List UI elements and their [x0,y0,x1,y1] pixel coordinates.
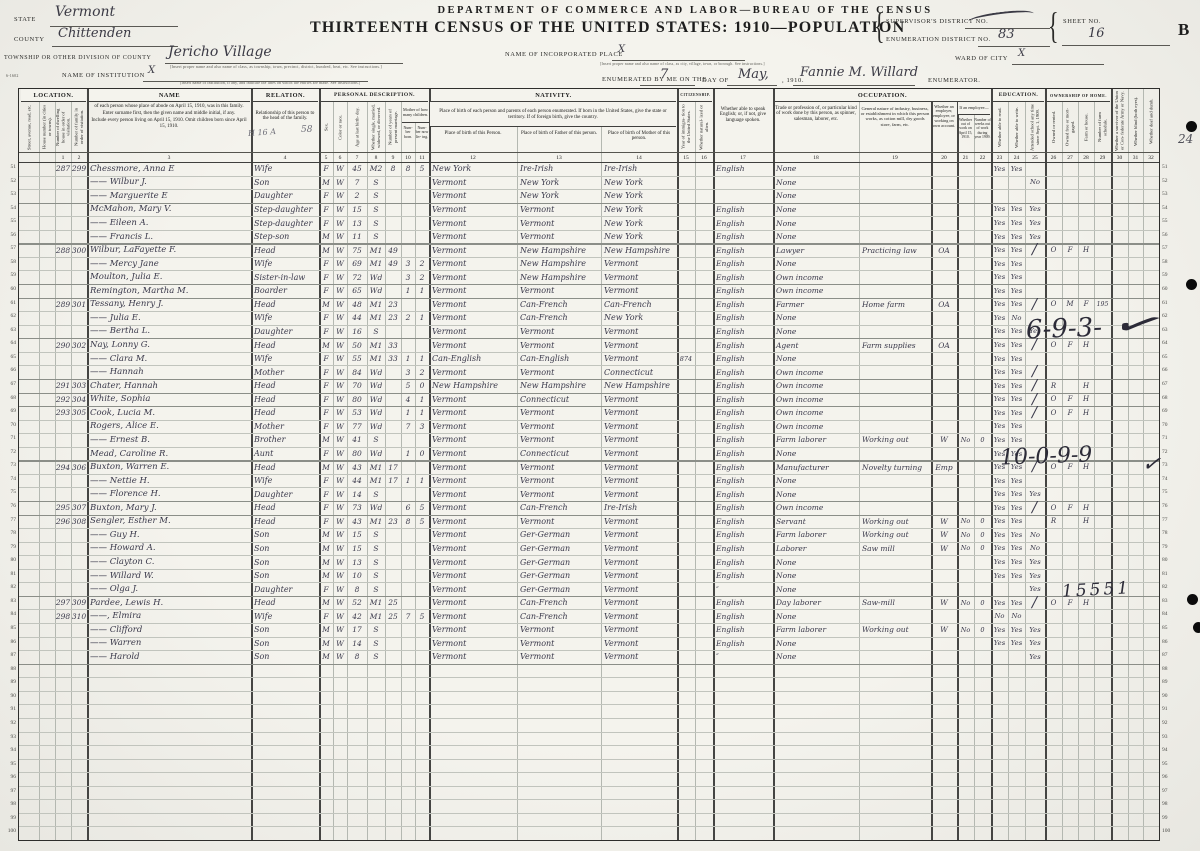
fbp-cell: Vermont [517,637,601,651]
living-cell: 0 [415,447,429,461]
read-cell: Yes [991,542,1008,556]
check-mark: / [1029,498,1041,516]
sched-cell: 195 [1094,298,1111,312]
race-cell: W [333,487,347,501]
born-cell: 4 [401,393,415,407]
mar-cell: S [367,325,385,339]
mbp-cell: Vermont [601,460,677,474]
eng-cell: English [713,528,773,542]
column-label: Sex. [319,103,333,151]
column-number: 31 [1128,153,1143,162]
mar-cell: M1 [367,311,385,325]
dw-cell: 294 [55,460,71,474]
column-label: Number of years of present marriage. [385,103,401,151]
born-cell: 1 [401,406,415,420]
column-number: 21 [957,153,974,162]
emp-cell: W [931,528,957,542]
read-cell: Yes [991,365,1008,379]
living-cell: 2 [415,365,429,379]
fbp-cell: New Hampshire [517,379,601,393]
trade-cell: Farm laborer [773,433,859,447]
race-cell: W [333,325,347,339]
own-cell: O [1045,243,1062,257]
grid-line [957,89,959,840]
line-number-right: 96 [1162,774,1176,780]
emp-cell: W [931,596,957,610]
age-cell: 17 [347,623,367,637]
race-cell: W [333,365,347,379]
eng-cell: English [713,393,773,407]
fbp-cell: New Hampshire [517,243,601,257]
bp-cell: Can-English [429,352,517,366]
column-number: 10 [401,153,415,162]
read-cell: No [991,609,1008,623]
bp-cell: Vermont [429,230,517,244]
column-description: Num- ber born. [401,124,415,152]
line-number-left: 83 [2,598,16,604]
read-cell: Yes [991,284,1008,298]
fbp-cell: New York [517,176,601,190]
name-cell: —— Howard A. [87,542,251,556]
bp-cell: Vermont [429,420,517,434]
mar-cell: S [367,216,385,230]
line-number-left: 54 [2,205,16,211]
mbp-cell: New York [601,176,677,190]
age-cell: 11 [347,230,367,244]
race-cell: W [333,460,347,474]
trade-cell: Own income [773,406,859,420]
trade-cell: Own income [773,393,859,407]
name-cell: —— Clifford [87,623,251,637]
line-number-left: 63 [2,327,16,333]
fbp-cell: Vermont [517,338,601,352]
age-cell: 65 [347,284,367,298]
race-cell: W [333,569,347,583]
school-cell: No [1025,528,1045,542]
line-number-right: 93 [1162,734,1176,740]
name-cell: Rogers, Alice E. [87,420,251,434]
mbp-cell: New York [601,189,677,203]
born-cell: 6 [401,501,415,515]
state-value: Vermont [55,4,115,20]
weeks-cell: 0 [974,515,991,529]
race-cell: W [333,474,347,488]
own-cell: O [1045,406,1062,420]
rel-cell: Head [251,243,319,257]
read-cell: Yes [991,596,1008,610]
name-cell: —— Harold [87,650,251,664]
emp-cell: OA [931,298,957,312]
yrs-cell: 33 [385,338,401,352]
bp-cell: Vermont [429,650,517,664]
line-number-left: 88 [2,666,16,672]
pencil-annotation: 58 [301,125,312,135]
born-cell: 7 [401,609,415,623]
read-cell: Yes [991,555,1008,569]
eng-cell: English [713,311,773,325]
bp-cell: Vermont [429,270,517,284]
pencil-annotation: 10-0-9-9 [1000,442,1093,470]
line-number-left: 89 [2,679,16,685]
age-cell: 77 [347,420,367,434]
trade-cell: Lawyer [773,243,859,257]
write-cell: Yes [1008,379,1025,393]
fbp-cell: Vermont [517,474,601,488]
mbp-cell: Vermont [601,270,677,284]
line-number-left: 87 [2,652,16,658]
line-number-left: 86 [2,639,16,645]
name-cell: Pardee, Lewis H. [87,596,251,610]
mar-cell: M1 [367,596,385,610]
column-label: House number (in cities or towns). [39,103,55,151]
mbp-cell: New York [601,216,677,230]
line-number-right: 67 [1162,381,1176,387]
fbp-cell: Ger-German [517,542,601,556]
township-note: [Insert proper name and also name of cla… [170,64,382,69]
rel-cell: Daughter [251,487,319,501]
read-cell: Yes [991,528,1008,542]
column-group-header: CITIZENSHIP. [679,89,712,102]
weeks-cell: 0 [974,542,991,556]
read-cell: Yes [991,203,1008,217]
mar-cell: M1 [367,257,385,271]
age-cell: 45 [347,162,367,176]
sex-cell: M [319,637,333,651]
eng-cell: English [713,515,773,529]
eng-cell: English [713,501,773,515]
eng-cell: English [713,569,773,583]
line-number-left: 69 [2,408,16,414]
sex-cell: M [319,542,333,556]
ward-of-city-mark: X [1018,48,1025,59]
column-label: Number of dwelling house in order of vis… [55,103,71,151]
trade-cell: None [773,230,859,244]
born-cell: 8 [401,162,415,176]
line-number-left: 75 [2,489,16,495]
line-number-left: 71 [2,435,16,441]
mar-cell: S [367,582,385,596]
column-group-header: OCCUPATION. [775,89,990,102]
mar-cell: S [367,528,385,542]
age-cell: 44 [347,311,367,325]
pencil-annotation: 24 [1178,132,1193,146]
school-cell: Yes [1025,637,1045,651]
yrs-cell: 23 [385,311,401,325]
yrs-cell: 17 [385,460,401,474]
eng-cell: English [713,365,773,379]
write-cell: Yes [1008,569,1025,583]
line-number-left: 74 [2,476,16,482]
ind-cell: Working out [859,433,931,447]
rel-cell: Son [251,542,319,556]
mbp-cell: Vermont [601,637,677,651]
own-cell: R [1045,379,1062,393]
line-number-left: 66 [2,367,16,373]
trade-cell: Day laborer [773,596,859,610]
line-number-left: 67 [2,381,16,387]
line-number-right: 75 [1162,489,1176,495]
mbp-cell: New York [601,203,677,217]
column-label: Color or race. [333,103,347,151]
mar-cell: Wd [367,406,385,420]
line-number-right: 97 [1162,788,1176,794]
column-description: Mother of how many children. [402,102,429,123]
sex-cell: F [319,203,333,217]
name-cell: —— Clayton C. [87,555,251,569]
read-cell: Yes [991,501,1008,515]
outwork-cell: No [957,623,974,637]
column-number: 22 [974,153,991,162]
write-cell: Yes [1008,338,1025,352]
race-cell: W [333,406,347,420]
grid-line [19,813,1159,814]
race-cell: W [333,420,347,434]
weeks-cell: 0 [974,596,991,610]
sex-cell: F [319,311,333,325]
age-cell: 80 [347,393,367,407]
day-of-label: day of [702,77,729,84]
outwork-cell: No [957,596,974,610]
grid-line [19,799,1159,800]
column-number: 27 [1062,153,1078,162]
name-cell: —— Hannah [87,365,251,379]
sex-cell: F [319,270,333,284]
line-number-right: 90 [1162,693,1176,699]
age-cell: 8 [347,650,367,664]
dw-cell: 289 [55,298,71,312]
sex-cell: F [319,189,333,203]
school-cell: Yes [1025,623,1045,637]
eng-cell: English [713,379,773,393]
line-number-right: 86 [1162,639,1176,645]
living-cell: 5 [415,515,429,529]
fbp-cell: Ire-Irish [517,162,601,176]
mbp-cell: Vermont [601,650,677,664]
ind-cell: Practicing law [859,243,931,257]
living-cell: 1 [415,352,429,366]
age-cell: 15 [347,528,367,542]
dw-cell: 292 [55,393,71,407]
column-number: 28 [1078,153,1094,162]
name-cell: Tessany, Henry J. [87,298,251,312]
eng-cell: English [713,433,773,447]
name-cell: Wilbur, LaFayette F. [87,243,251,257]
age-cell: 72 [347,270,367,284]
trade-cell: None [773,637,859,651]
line-number-right: 53 [1162,191,1176,197]
born-cell: 1 [401,474,415,488]
bp-cell: Vermont [429,298,517,312]
column-description: Place of birth of each person and parent… [430,102,676,127]
bp-cell: Vermont [429,447,517,461]
yrs-cell: 49 [385,243,401,257]
rel-cell: Head [251,298,319,312]
bp-cell: Vermont [429,243,517,257]
line-number-left: 56 [2,232,16,238]
pencil-annotation: 15551 [1062,578,1132,602]
name-cell: —— Guy H. [87,528,251,542]
line-number-right: 98 [1162,801,1176,807]
fbp-cell: Connecticut [517,393,601,407]
write-cell: Yes [1008,623,1025,637]
ind-cell: Working out [859,623,931,637]
punch-hole [1186,121,1197,132]
name-cell: —— Francis L. [87,230,251,244]
name-cell: Mead, Caroline R. [87,447,251,461]
age-cell: 14 [347,487,367,501]
name-cell: —— Bertha L. [87,325,251,339]
bp-cell: Vermont [429,406,517,420]
mar-cell: Wd [367,284,385,298]
line-number-right: 58 [1162,259,1176,265]
eng-cell: English [713,352,773,366]
column-number: 17 [713,153,773,162]
name-cell: —— Olga J. [87,582,251,596]
name-cell: McMahon, Mary V. [87,203,251,217]
county-label: County [14,36,45,43]
age-cell: 13 [347,555,367,569]
mar-cell: M1 [367,352,385,366]
sex-cell: M [319,650,333,664]
sex-cell: F [319,352,333,366]
school-cell: Yes [1025,555,1045,569]
rel-cell: Wife [251,609,319,623]
bp-cell: Vermont [429,460,517,474]
column-number: 2 [71,153,87,162]
column-description: Place of birth of this Person. [429,129,517,153]
line-number-left: 100 [2,828,16,834]
name-cell: —— Florence H. [87,487,251,501]
ind-cell: Working out [859,515,931,529]
age-cell: 42 [347,609,367,623]
read-cell: Yes [991,515,1008,529]
line-number-left: 97 [2,788,16,794]
write-cell: Yes [1008,515,1025,529]
sex-cell: M [319,243,333,257]
write-cell: Yes [1008,487,1025,501]
write-cell: Yes [1008,528,1025,542]
enumerator-label: Enumerator. [928,77,981,84]
age-cell: 43 [347,515,367,529]
enumerated-label: Enumerated by me on the [602,76,707,83]
column-label: Owned free or mort- gaged. [1062,103,1078,151]
yrs-cell: 49 [385,257,401,271]
free-cell: F [1062,501,1078,515]
mbp-cell: Vermont [601,569,677,583]
dw-cell: 298 [55,609,71,623]
fbp-cell: Vermont [517,420,601,434]
line-number-left: 64 [2,340,16,346]
mar-cell: S [367,542,385,556]
column-label: Whether natural- ized or alien. [695,103,713,151]
write-cell: Yes [1008,501,1025,515]
trade-cell: None [773,311,859,325]
rel-cell: Head [251,460,319,474]
grid-line [1094,89,1095,840]
enumerated-month: May, [738,67,769,82]
column-group-header: PERSONAL DESCRIPTION. [321,89,428,102]
column-description: of each person whose place of abode on A… [89,102,249,152]
trade-cell: Own income [773,284,859,298]
eng-cell: English [713,555,773,569]
rel-cell: Son [251,650,319,664]
line-number-right: 70 [1162,422,1176,428]
weeks-cell: 0 [974,623,991,637]
column-number: 16 [695,153,713,162]
ind-cell: Farm supplies [859,338,931,352]
grid-line [19,732,1159,733]
school-cell: No [1025,542,1045,556]
eng-cell: English [713,338,773,352]
column-description: Number of weeks out of work during year … [974,116,991,152]
grid-line [19,664,1159,665]
yrs-cell: 25 [385,609,401,623]
write-cell: Yes [1008,555,1025,569]
line-number-left: 68 [2,395,16,401]
column-label: Farm or house. [1078,103,1094,151]
yrs-cell: 33 [385,352,401,366]
line-number-left: 77 [2,517,16,523]
age-cell: 55 [347,352,367,366]
ind-cell: Saw mill [859,542,931,556]
form-code: 6-1602 [6,73,19,78]
line-number-right: 65 [1162,354,1176,360]
ward-of-city-label: Ward of city [955,55,1008,62]
trade-cell: Manufacturer [773,460,859,474]
trade-cell: Own income [773,420,859,434]
name-cell: —— Clara M. [87,352,251,366]
ind-cell: Home farm [859,298,931,312]
fam-cell: 302 [71,338,87,352]
emp-cell: W [931,623,957,637]
bp-cell: Vermont [429,365,517,379]
trade-cell: Agent [773,338,859,352]
grid-line [39,89,40,840]
fh-cell: H [1078,406,1094,420]
born-cell: 3 [401,257,415,271]
write-cell: Yes [1008,270,1025,284]
eng-cell: ″ [713,582,773,596]
sex-cell: F [319,365,333,379]
grid-line [19,826,1159,827]
emp-cell: OA [931,338,957,352]
column-description: General nature of industry, business, or… [860,104,930,152]
mbp-cell: Vermont [601,542,677,556]
sex-cell: F [319,474,333,488]
name-cell: Buxton, Warren E. [87,460,251,474]
bp-cell: Vermont [429,637,517,651]
mbp-cell: Vermont [601,393,677,407]
age-cell: 8 [347,582,367,596]
column-label: Whether blind (both eyes). [1128,91,1143,151]
fbp-cell: Vermont [517,460,601,474]
outwork-cell: No [957,433,974,447]
trade-cell: Farm laborer [773,528,859,542]
grid-line [1111,89,1113,840]
sex-cell: M [319,596,333,610]
age-cell: 13 [347,216,367,230]
bp-cell: Vermont [429,284,517,298]
line-number-left: 85 [2,625,16,631]
bp-cell: Vermont [429,609,517,623]
yrs-cell: 8 [385,162,401,176]
living-cell: 2 [415,270,429,284]
bp-cell: Vermont [429,569,517,583]
sex-cell: F [319,325,333,339]
age-cell: 15 [347,203,367,217]
fbp-cell: Vermont [517,365,601,379]
mbp-cell: Vermont [601,515,677,529]
